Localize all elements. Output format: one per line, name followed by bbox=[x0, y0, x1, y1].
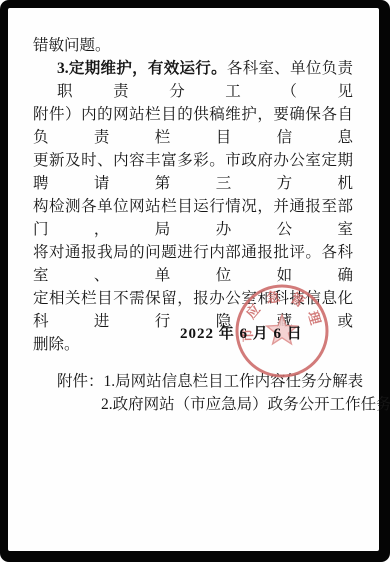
body-text: 更新及时、内容丰富多彩。市政府办公室定期聘请第三方机 bbox=[33, 152, 353, 192]
paragraph-line: 3.定期维护，有效运行。各科室、单位负责职责分工（见 bbox=[33, 57, 353, 103]
paragraph-line: 附件）内的网站栏目的供稿维护，要确保各自负责栏目信息 bbox=[33, 103, 353, 149]
emphasized-text: 3.定期维护，有效运行。 bbox=[57, 60, 227, 77]
attachment-line: 2.政府网站（市应急局）政务公开工作任务分解表 bbox=[33, 393, 353, 416]
document-page: 错敏问题。 3.定期维护，有效运行。各科室、单位负责职责分工（见附件）内的网站栏… bbox=[8, 8, 379, 551]
body-text: 删除。 bbox=[33, 336, 80, 353]
paragraph-line: 构检测各单位网站栏目运行情况，并通报至部门，局办公室 bbox=[33, 195, 353, 241]
scanned-page-frame: 错敏问题。 3.定期维护，有效运行。各科室、单位负责职责分工（见附件）内的网站栏… bbox=[0, 0, 390, 562]
carryover-line: 错敏问题。 bbox=[33, 34, 353, 57]
paragraph-line: 将对通报我局的问题进行内部通报批评。各科室、单位如确 bbox=[33, 241, 353, 287]
body-text: 附件）内的网站栏目的供稿维护，要确保各自负责栏目信息 bbox=[33, 106, 353, 146]
body-text: 构检测各单位网站栏目运行情况，并通报至部门，局办公室 bbox=[33, 198, 353, 238]
body-text: 将对通报我局的问题进行内部通报批评。各科室、单位如确 bbox=[33, 244, 353, 284]
paragraph-line: 更新及时、内容丰富多彩。市政府办公室定期聘请第三方机 bbox=[33, 149, 353, 195]
document-date: 2022 年 6 月 6 日 bbox=[180, 322, 303, 343]
